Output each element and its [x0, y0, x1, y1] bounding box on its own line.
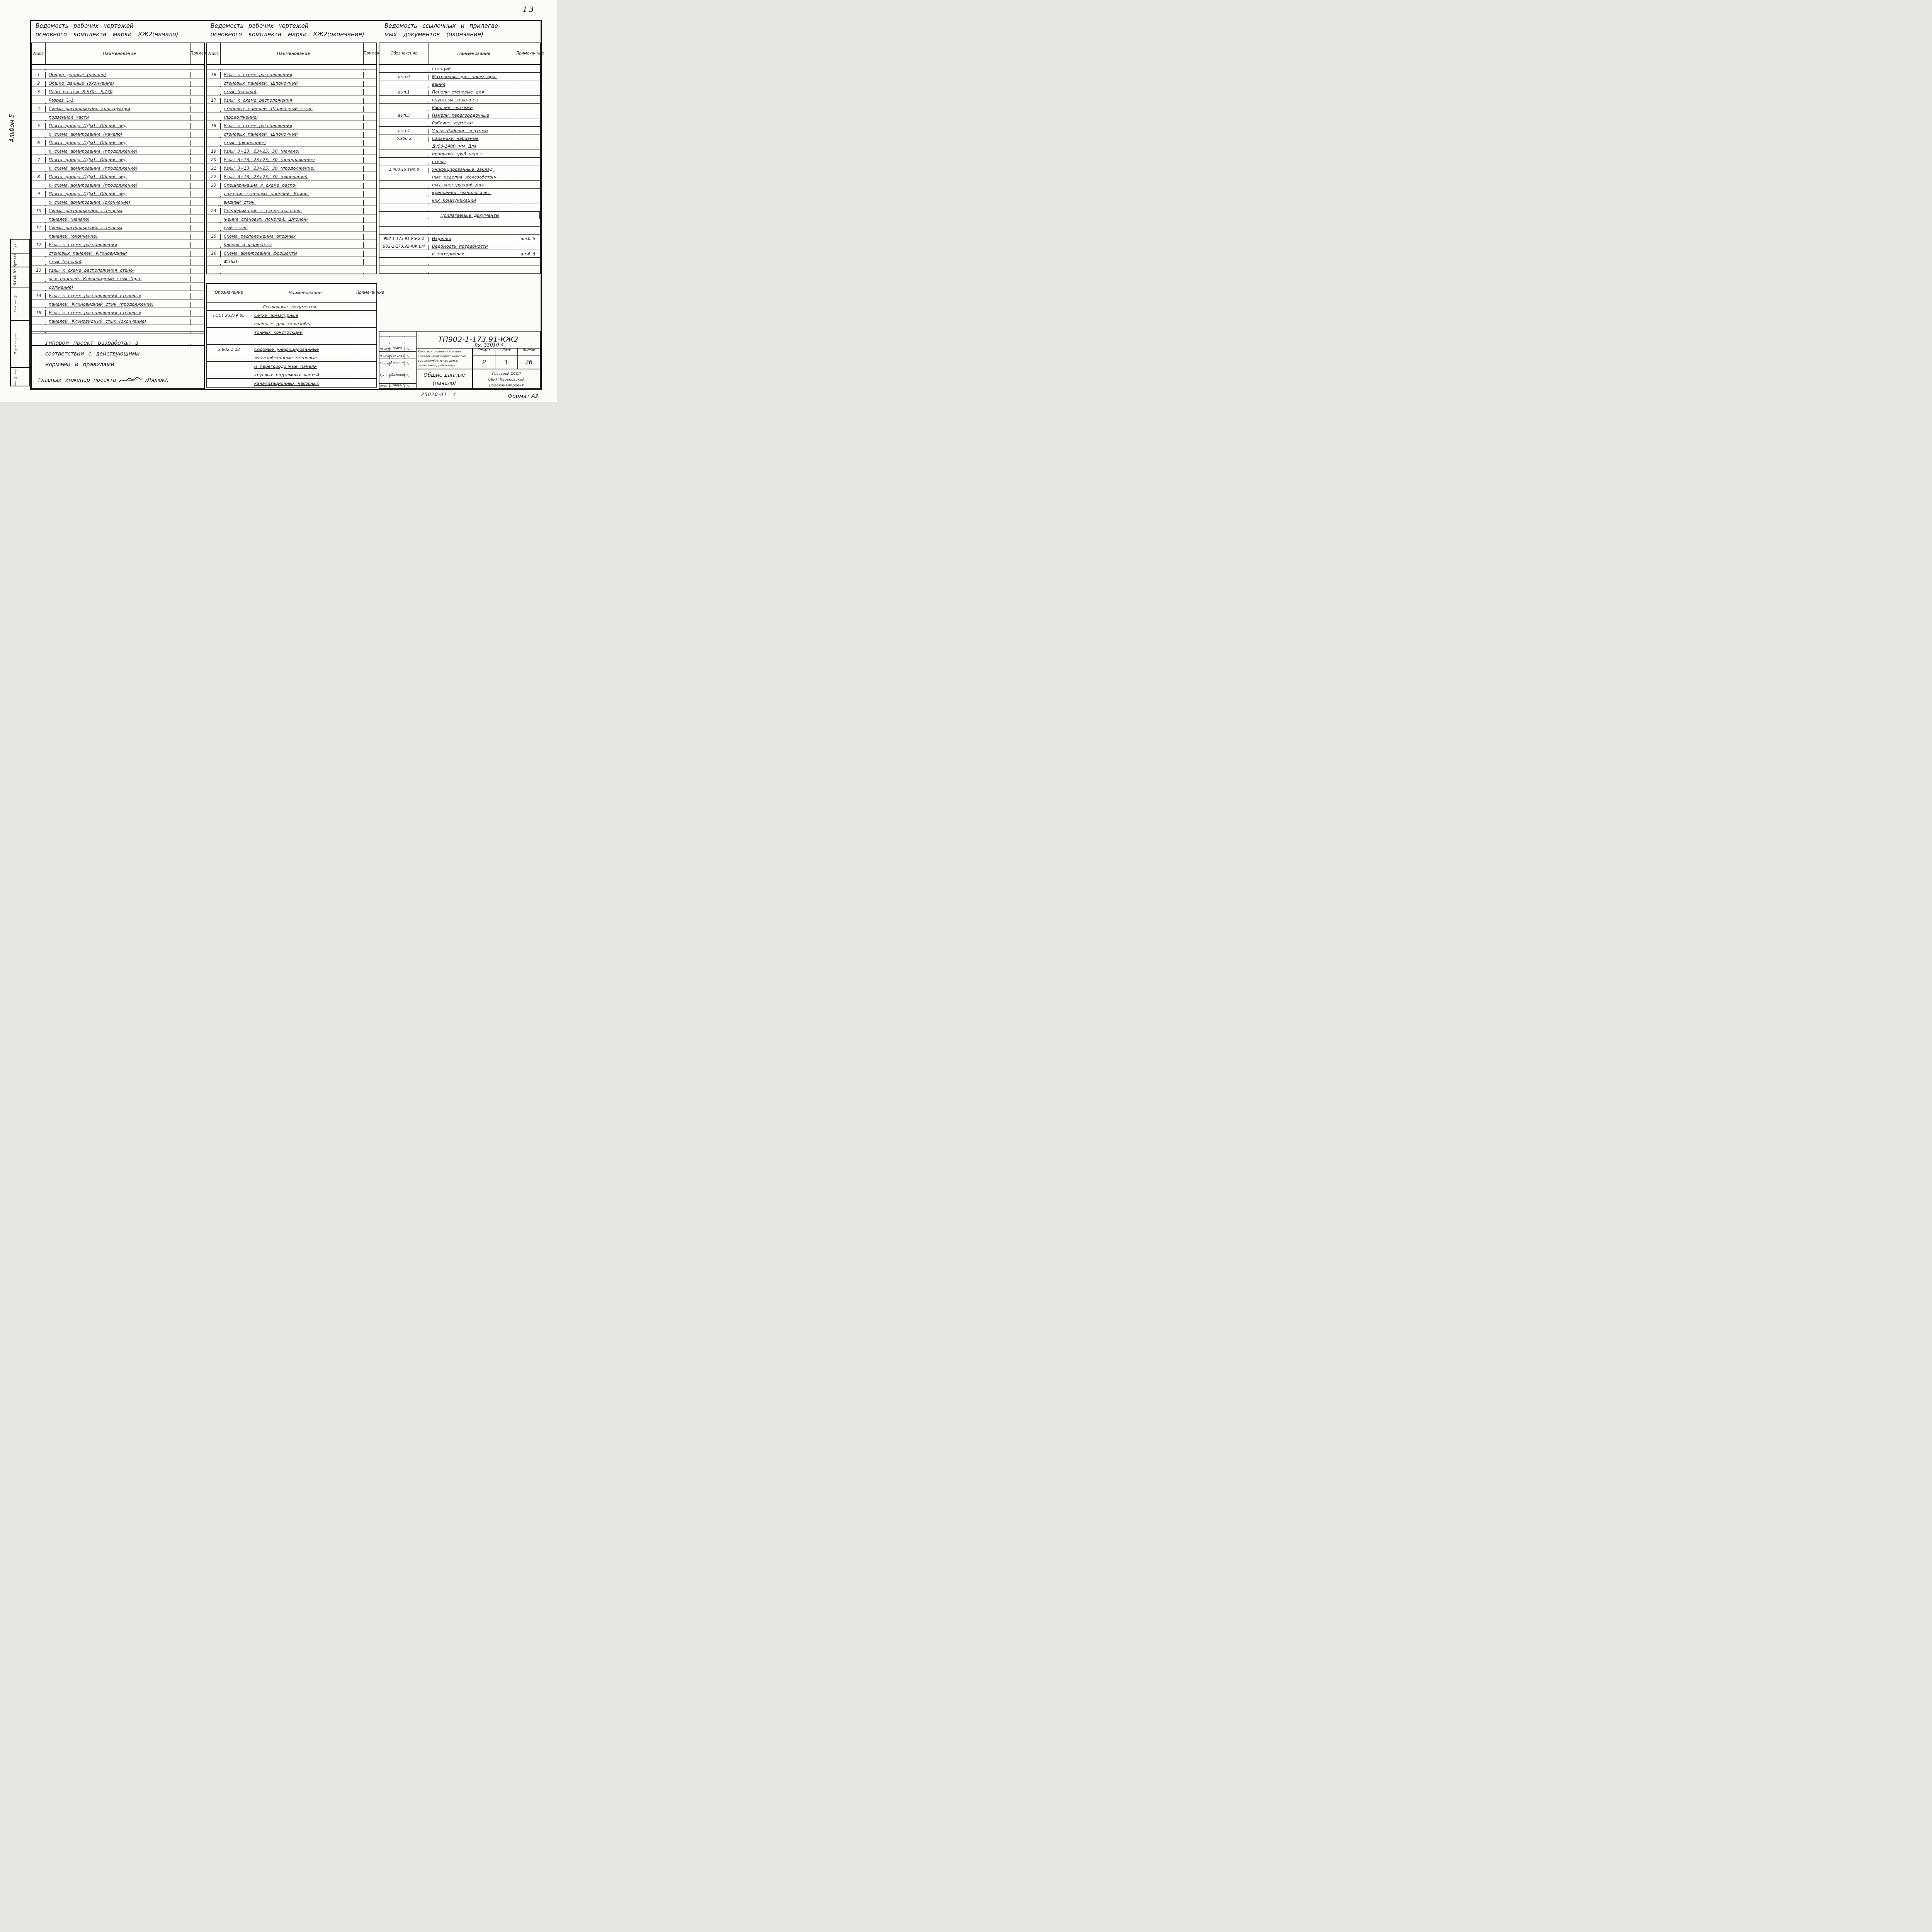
margin-stamp-row: Подпись и дата: [10, 320, 30, 367]
cell-sheet-number: [32, 281, 46, 282]
cell-name: Узлы к схеме расположения стено-: [46, 268, 190, 274]
cell-name: Плита днища ПДм1. Общий вид: [46, 157, 190, 163]
table-row: Рабочие чертежи: [379, 104, 540, 111]
cell-note: [356, 318, 376, 319]
cell-designation: вып.4: [379, 129, 429, 134]
col-header-designation: Обозначение: [207, 284, 251, 302]
person-role: [379, 383, 389, 383]
table-row: стеновых панелей. Клиновидный: [32, 248, 204, 257]
cell-name: Ведомость потребности: [429, 244, 516, 250]
table-row: ФШм1: [207, 257, 376, 265]
cell-note: [190, 77, 204, 78]
cell-name: панелей. Клуновидный стык (окончание): [46, 319, 190, 325]
table-row: ных конструкций для: [379, 181, 540, 189]
cell-designation: вып.0: [379, 75, 429, 80]
table-header: Обозначение Наименование Примеча- ние: [379, 43, 540, 65]
cell-name: крепления технологичес-: [429, 190, 516, 196]
margin-stamp-label: Лутовая: [14, 254, 17, 267]
table-row: панелей (начало): [32, 214, 204, 223]
person-signature: ∿: [405, 384, 411, 388]
cell-designation: вып.3: [379, 114, 429, 119]
note-line: Типовой проект разработан в: [45, 338, 204, 349]
stage-col-header: Стадия: [473, 349, 495, 355]
cell-name: Узлы к схеме расположения: [221, 98, 364, 104]
margin-stamp-empty-cell: [20, 321, 29, 367]
cell-note: [190, 111, 204, 112]
title-block-people: Нач.отд Шейко ∿ Н.контр. Сокольская ∿ Гл…: [379, 332, 417, 388]
cell-note: [356, 352, 376, 353]
cell-name: стык (начало): [221, 89, 364, 95]
cell-note: [516, 118, 540, 119]
cell-note: [516, 203, 540, 204]
cell-name: Узлы к схеме расположения стеновых: [46, 293, 190, 299]
cell-designation: [379, 110, 429, 111]
table-row: вып.0 Материалы для проектиро-: [379, 73, 540, 80]
title-block: Нач.отд Шейко ∿ Н.контр. Сокольская ∿ Гл…: [379, 331, 541, 389]
table-row: 18 Узлы к схеме расположения: [207, 121, 376, 129]
title-line: Ведомость рабочих чертежей: [211, 22, 366, 30]
person-signature: ∿: [405, 354, 411, 359]
cell-sheet-number: 3: [32, 89, 46, 95]
cell-sheet-number: [207, 137, 221, 138]
cell-note: [190, 264, 204, 265]
table-header: Лист Наименование Примеча- ние: [32, 43, 204, 65]
cell-sheet-number: 23: [207, 183, 221, 189]
col-header-sheet: Лист: [32, 43, 46, 64]
stage-col-header: Листов: [518, 349, 540, 355]
cell-name: Схема расположения стеновых: [46, 225, 190, 231]
margin-stamp-empty-cell: [20, 254, 29, 267]
table-row: и схема армирования (начало): [32, 129, 204, 138]
table-row: 4 Схема расположения конструкций: [32, 104, 204, 112]
title-line: основного комплекта марки КЖ2(окончание)…: [211, 30, 366, 39]
refs-end-table: Обозначение Наименование Примеча- ние ст…: [379, 43, 541, 274]
cell-name: стеновых панелей. Шпоночный: [221, 81, 364, 87]
cell-name: Схема расположения конструкций: [46, 106, 190, 112]
cell-sheet-number: 24: [207, 208, 221, 214]
cell-name: ный стык.: [221, 225, 364, 231]
cell-sheet-number: [207, 230, 221, 231]
sheet-value: 1: [495, 355, 518, 369]
table-row: 10 Схема расположения стеновых: [32, 206, 204, 214]
cell-name: ких коммуникаций: [429, 198, 516, 204]
incoming-number: Вх. 33010-4: [474, 342, 504, 349]
table-row: круглых подземных частей: [207, 370, 376, 379]
cell-designation: [379, 257, 429, 257]
cell-name: стены: [429, 159, 516, 165]
table-row: ких коммуникаций: [379, 196, 540, 204]
cell-note: [364, 154, 376, 155]
table-row: [32, 65, 204, 70]
table-row: стык (начало): [207, 87, 376, 95]
cell-name: [221, 69, 364, 70]
title-line: основного комплекта марки КЖ2(начало): [36, 30, 178, 39]
cell-name: Узлы к схеме расположения стеновых: [46, 310, 190, 316]
person-role: Нач.отд: [379, 347, 389, 351]
cell-note: [190, 154, 204, 155]
cell-name: панелей. Клиновидный стык (продолжение): [46, 302, 190, 308]
cell-note: [516, 164, 540, 165]
cell-name: Общие данные (начало): [46, 72, 190, 78]
cell-note: [364, 247, 376, 248]
cell-name: Ссылочные документы: [251, 304, 356, 310]
table-row: вып.4 Узлы. Рабочие чертежи: [379, 127, 540, 134]
cell-note: [516, 218, 539, 219]
cell-name: видный стык.: [221, 200, 364, 206]
cell-name: вания: [429, 82, 516, 88]
table-row: 14 Узлы к схеме расположения стеновых: [32, 291, 204, 299]
cell-designation: [379, 126, 429, 126]
cell-note: [516, 126, 540, 126]
cell-note: [364, 230, 376, 231]
cell-sheet-number: 1: [32, 72, 46, 78]
cell-note: [190, 171, 204, 172]
cell-name: Схема армирования форшахты: [221, 251, 364, 257]
title-block-person-row: Гл.спец. Власенко ∿: [379, 359, 416, 366]
table-row: и схема армирования (продолжение): [32, 163, 204, 172]
project-description: Канализационная насоснаястанция производ…: [417, 349, 473, 369]
cell-note: [190, 128, 204, 129]
cell-designation: [379, 180, 429, 180]
table-row: 6 Плита днища ПДм1. Общий вид: [32, 138, 204, 146]
table-row: 11 Схема расположения стеновых: [32, 223, 204, 231]
person-name: Шильмовер: [389, 384, 405, 388]
cell-name: пропуска труб через: [429, 151, 516, 157]
cell-sheet-number: [207, 69, 221, 70]
cell-name: Узлы 3÷13; 23÷25, 30 (продолжение): [221, 166, 364, 172]
cell-name: Узлы к схеме расположения: [221, 123, 364, 129]
cell-name: Сборные унифицированные: [251, 347, 356, 353]
cell-sheet-number: 10: [32, 208, 46, 214]
sheets-total-value: 26: [518, 355, 540, 369]
cell-name: [429, 264, 516, 265]
cell-note: [364, 103, 376, 104]
margin-stamp: Зуч Лутовая П СФЦ ТО Взам. инв. № Подпис…: [10, 239, 30, 386]
table-row: Разрез 1-1: [32, 95, 204, 104]
cell-name: ФШм1: [221, 259, 364, 265]
cell-name: Плита днища ПДм1. Общий вид: [46, 123, 190, 129]
cell-sheet-number: [32, 264, 46, 265]
table-row: [207, 65, 376, 70]
margin-stamp-row: Лутовая: [10, 253, 30, 267]
cell-name: опускных колодцев: [429, 97, 516, 103]
cell-name: Узлы 3÷13; 23÷25, 30 (окончание): [221, 174, 364, 180]
cell-name: Спецификация к схеме распо-: [221, 183, 364, 189]
cell-note: [190, 281, 204, 282]
cell-sheet-number: 19: [207, 149, 221, 155]
title-line: Ведомость рабочих чертежей: [36, 22, 178, 30]
cell-sheet-number: 25: [207, 234, 221, 240]
cell-note: [356, 344, 376, 344]
title-line: мых документов (окончание): [384, 30, 500, 39]
table-row: в материалах альб. 9: [379, 250, 540, 258]
stage-col-header: Лист: [495, 349, 518, 355]
cell-note: [356, 378, 376, 378]
table-row: 15 Узлы к схеме расположения стеновых: [32, 308, 204, 316]
organization-line: СВКП Харьковский: [473, 377, 540, 383]
cell-note: [364, 188, 376, 189]
worklist-start-table: Лист Наименование Примеча- ние 1 Общие д…: [31, 43, 205, 346]
cell-note: [516, 102, 540, 103]
cell-note: [516, 272, 540, 273]
cell-name: Материалы для проектиро-: [429, 74, 516, 80]
cell-designation: [379, 264, 429, 265]
note-box: Типовой проект разработан всоответствии …: [31, 331, 205, 389]
cell-sheet-number: 20: [207, 157, 221, 163]
table-row: 26 Схема армирования форшахты: [207, 248, 376, 257]
cell-name: ных конструкций для: [429, 182, 516, 188]
cell-note: [516, 95, 540, 95]
cell-note: [190, 247, 204, 248]
stage-value: Р: [473, 355, 495, 369]
cell-note: [190, 315, 204, 316]
table-row: опускных колодцев: [379, 96, 540, 104]
cell-name: Спецификация к схеме располо-: [221, 208, 364, 214]
margin-stamp-empty-cell: [20, 368, 29, 386]
person-name: [389, 383, 405, 383]
worklist-start-title: Ведомость рабочих чертежейосновного комп…: [36, 22, 178, 39]
title-block-person-row: [379, 378, 416, 384]
cell-sheet-number: 15: [32, 310, 46, 316]
cell-note: [190, 222, 204, 223]
person-signature: ∿: [405, 362, 411, 366]
cell-designation: [379, 102, 429, 103]
cell-name: Изделия: [429, 236, 516, 242]
table-row: Рабочие чертежи: [379, 119, 540, 127]
organization-line: Госстрой СССР: [473, 371, 540, 377]
cell-designation: [207, 335, 251, 336]
cell-name: Панели стеновые для: [429, 90, 516, 95]
col-header-name: Наименование: [221, 43, 364, 64]
table-row: панелей. Клуновидный стык (окончание): [32, 316, 204, 325]
table-row: [379, 204, 540, 212]
cell-note: [516, 233, 540, 234]
cell-name: и схема армирования (продолжение): [46, 183, 190, 189]
person-role: Рук. гр.: [379, 374, 389, 378]
cell-note: [190, 120, 204, 121]
margin-stamp-label: Подпись и дата: [14, 333, 17, 354]
person-signature: ∿: [405, 374, 411, 378]
cell-note: [364, 196, 376, 197]
cell-name: Плита днища ПДм1. Общий вид: [46, 191, 190, 197]
margin-stamp-empty-cell: [20, 287, 29, 320]
cell-sheet-number: [32, 69, 46, 70]
cell-name: станций: [429, 66, 516, 72]
cell-name: Схема расположения стеновых: [46, 208, 190, 214]
col-header-designation: Обозначение: [379, 43, 429, 64]
cell-sheet-number: 2: [32, 81, 46, 87]
margin-stamp-label: П СФЦ ТО: [14, 269, 17, 285]
cell-note: [516, 141, 540, 142]
cell-note: [364, 264, 376, 265]
table-row: 23 Спецификация к схеме распо-: [207, 180, 376, 189]
table-row: железобетонные стеновые: [207, 353, 376, 362]
cell-name: ложения стеновых панелей. Клино-: [221, 191, 364, 197]
table-row: [379, 258, 540, 265]
cell-designation: [379, 233, 429, 234]
table-row: станций: [379, 65, 540, 73]
cell-name: [429, 233, 516, 234]
cell-sheet-number: 18: [207, 123, 221, 129]
cell-name: ные изделия железобетон-: [429, 175, 516, 180]
table-row: и перегородочные панели: [207, 362, 376, 370]
table-row: [207, 265, 376, 274]
cell-designation: [207, 386, 251, 387]
table-row: жения стеновых панелей. Шпоноч-: [207, 214, 376, 223]
table-row: 25 Схема расположения опорных: [207, 231, 376, 240]
margin-stamp-row: Зуч: [10, 239, 30, 253]
cell-note: [364, 239, 376, 240]
table-row: ложения стеновых панелей. Клино-: [207, 189, 376, 197]
cell-note: [364, 94, 376, 95]
cell-name: стык (начало): [46, 259, 190, 265]
cell-name: стеновых панелей. Клиновидный: [46, 251, 190, 257]
cell-designation: [207, 369, 251, 370]
sheet-title: Общие данные(начало): [417, 369, 473, 388]
table-row: стеновых панелей. Шпоночный: [207, 78, 376, 87]
cell-name: жения стеновых панелей. Шпоноч-: [221, 217, 364, 223]
organization-line: Водоканалпроект: [473, 383, 540, 388]
cell-note: [516, 180, 540, 180]
table-row: стык. (окончание): [207, 138, 376, 146]
cell-sheet-number: [207, 273, 221, 274]
table-row: 1 Общие данные (начало): [32, 70, 204, 78]
person-role: Инж.: [379, 384, 389, 388]
cell-name: Разрез 1-1: [46, 98, 190, 104]
cell-note: [364, 222, 376, 223]
cell-sheet-number: [207, 145, 221, 146]
cell-name: План на отм.-8.530; -5,770: [46, 89, 190, 95]
table-row: 902-1-173.91-КЖ.ВМ Ведомость потребности: [379, 242, 540, 250]
cell-note: [190, 162, 204, 163]
cell-sheet-number: 6: [32, 140, 46, 146]
cell-note: [190, 205, 204, 206]
note-text: Типовой проект разработан всоответствии …: [32, 332, 204, 370]
table-row: Ссылочные документы: [207, 303, 376, 311]
cell-note: [516, 87, 540, 88]
cell-designation: [379, 272, 429, 273]
cell-name: и перегородочные панели: [251, 364, 356, 370]
title-block-person-row: Инж. Шильмовер ∿: [379, 384, 416, 388]
cell-note: [516, 156, 540, 157]
cell-note: [190, 137, 204, 138]
note-line: нормами и правилами: [45, 359, 204, 370]
cell-designation: [379, 149, 429, 150]
refs-end-title: Ведомость ссылочных и прилагае-мых докум…: [384, 22, 500, 39]
cell-sheet-number: [32, 188, 46, 189]
organization: Госстрой СССРСВКП ХарьковскийВодоканалпр…: [473, 369, 540, 388]
margin-stamp-row: Инв. № подл.: [10, 367, 30, 386]
person-name: Шейко: [389, 347, 405, 351]
cell-note: [516, 211, 540, 211]
table-row: 902-1-173.91-КЖ2.И Изделия альб. 5: [379, 235, 540, 242]
table-row: 21 Узлы 3÷13; 23÷25, 30 (продолжение): [207, 163, 376, 172]
table-row: 7 Плита днища ПДм1. Общий вид: [32, 155, 204, 163]
margin-stamp-empty-cell: [20, 240, 29, 253]
cell-name: Плита днища ПДм1. Общий вид: [46, 174, 190, 180]
cell-designation: [379, 87, 429, 88]
cell-name: Узлы к схеме расположения: [221, 72, 364, 78]
cell-note: [364, 162, 376, 163]
cell-note: [190, 290, 204, 291]
cell-name: Панели перегородочные: [429, 113, 516, 119]
cell-note: [364, 273, 376, 274]
cell-sheet-number: [207, 120, 221, 121]
cell-sheet-number: [207, 196, 221, 197]
album-label: Альбом 5: [9, 88, 15, 142]
cell-name: должение): [46, 285, 190, 291]
cell-designation: ГОСТ 23279-85: [207, 313, 251, 319]
table-row: 2 Общие данные (окончание): [32, 78, 204, 87]
cell-name: Узлы. Рабочие чертежи: [429, 128, 516, 134]
cell-sheet-number: [32, 256, 46, 257]
table-row: стык (начало): [32, 257, 204, 265]
cell-designation: [379, 187, 429, 188]
cell-sheet-number: 13: [32, 268, 46, 274]
cell-note: [516, 172, 540, 173]
cell-sheet-number: 16: [207, 72, 221, 78]
table-row: панелей (окончание): [32, 231, 204, 240]
table-row: [379, 227, 540, 235]
drawing-sheet: 13 Альбом 5 Зуч Лутовая П СФЦ ТО Взам. и…: [0, 0, 557, 402]
person-signature: ∿: [405, 347, 411, 351]
table-row: крепления технологичес-: [379, 189, 540, 196]
table-row: ный стык.: [207, 223, 376, 231]
table-row: панелей. Клиновидный стык (продолжение): [32, 299, 204, 308]
cell-sheet-number: 4: [32, 106, 46, 112]
cell-note: [356, 361, 376, 361]
cell-note: [364, 137, 376, 138]
cell-name: панелей (начало): [46, 217, 190, 223]
cell-name: и схема армирования (начало): [46, 132, 190, 138]
table-row: стены: [379, 158, 540, 165]
cell-designation: 902-1-173.91-КЖ.ВМ: [379, 245, 429, 250]
cell-name: [429, 211, 516, 211]
cell-sheet-number: 5: [32, 123, 46, 129]
table-row: вания: [379, 80, 540, 88]
cell-name: [46, 69, 190, 70]
person-name: [389, 336, 405, 337]
cell-sheet-number: [207, 222, 221, 223]
cell-sheet-number: 21: [207, 166, 221, 172]
cell-designation: [379, 211, 429, 211]
cell-sheet-number: 9: [32, 191, 46, 197]
title-block-person-row: Н.контр. Сокольская ∿: [379, 352, 416, 359]
cell-note: [364, 128, 376, 129]
cell-note: [364, 86, 376, 87]
table-header: Обозначение Наименование Примеча- ние: [207, 284, 376, 303]
cell-designation: [379, 164, 429, 165]
cell-note: [356, 369, 376, 370]
table-row: стеновых панелей. Шпоночный стык.: [207, 104, 376, 112]
cell-note: [516, 133, 540, 134]
cell-designation: [207, 310, 251, 310]
cell-note: [364, 77, 376, 78]
table-row: пропуска труб через: [379, 150, 540, 158]
project-line: 600-2000м³/ч, Н=30-55м с: [418, 359, 472, 363]
cell-designation: 902-1-173.91-КЖ2.И: [379, 237, 429, 242]
cell-sheet-number: [32, 120, 46, 121]
cell-note: [190, 179, 204, 180]
cell-name: Общие данные (окончание): [46, 81, 190, 87]
cell-note: [190, 324, 204, 325]
cell-sheet-number: [207, 205, 221, 206]
cell-sheet-number: 14: [32, 293, 46, 299]
col-header-name: Наименование: [251, 284, 356, 302]
col-header-name: Наименование: [429, 43, 516, 64]
cell-name: подземной части: [46, 115, 190, 121]
cell-name: железобетонные стеновые: [251, 355, 356, 361]
